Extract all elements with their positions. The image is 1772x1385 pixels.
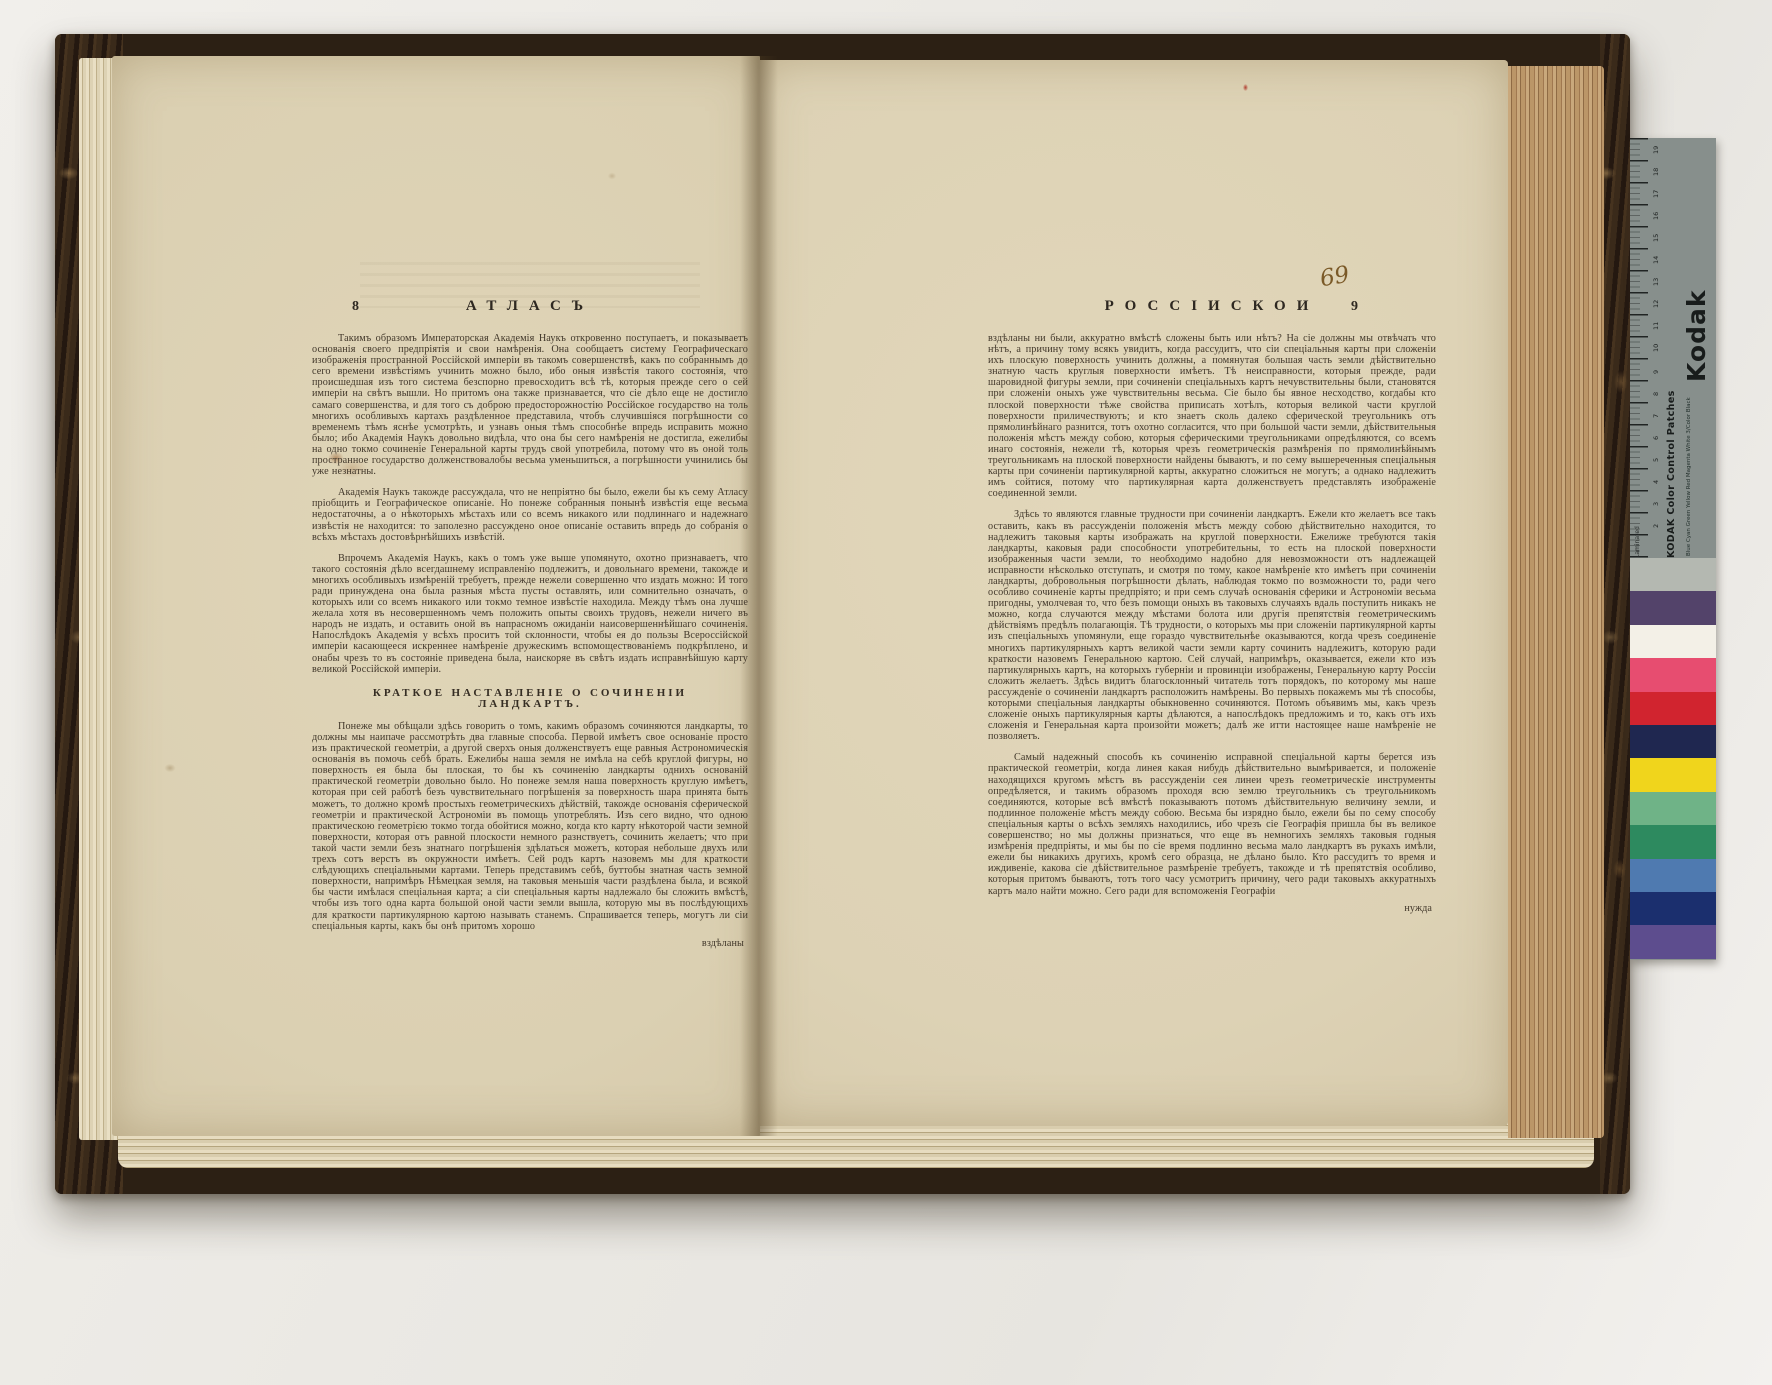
color-patch-purple bbox=[1630, 925, 1716, 958]
ruler-number: 12 bbox=[1652, 296, 1660, 308]
strip-title: KODAK Color Control Patches bbox=[1666, 258, 1677, 558]
paragraph: Здѣсь то являются главные трудности при … bbox=[988, 509, 1436, 742]
left-page-paragraphs-after: Понеже мы обѣщали здѣсь говорить о томъ,… bbox=[312, 721, 748, 932]
ruler-number: 7 bbox=[1652, 406, 1660, 418]
ruler-number: 11 bbox=[1652, 318, 1660, 330]
cover-right-edge bbox=[1600, 34, 1630, 1194]
scanned-book-photo: 8 АТЛАСЪ Такимъ образомъ Императорская А… bbox=[0, 0, 1772, 1385]
color-patch-magenta-pink bbox=[1630, 658, 1716, 691]
ruler-number: 13 bbox=[1652, 274, 1660, 286]
text-column-left: Такимъ образомъ Императорская Академія Н… bbox=[312, 333, 748, 949]
color-patch-red bbox=[1630, 692, 1716, 725]
kodak-color-control-strip: 1918171615141312111098765432 Kodak KODAK… bbox=[1630, 138, 1716, 960]
kodak-logo: Kodak bbox=[1682, 152, 1711, 382]
ruler-number: 10 bbox=[1652, 340, 1660, 352]
handwritten-folio-number: 69 bbox=[1318, 262, 1351, 293]
patch-color-labels: Blue Cyan Green Yellow Red Magenta White… bbox=[1686, 384, 1692, 556]
section-heading: КРАТКОЕ НАСТАВЛЕНІЕ О СОЧИНЕНІИ ЛАНДКАРТ… bbox=[318, 688, 742, 710]
ruler-number: 16 bbox=[1652, 208, 1660, 220]
text-column-right: вздѣланы ни были, аккуратно вмѣстѣ сложе… bbox=[988, 333, 1436, 914]
book-fore-edge bbox=[1508, 66, 1604, 1138]
ruler-number: 15 bbox=[1652, 230, 1660, 242]
color-patch-yellow bbox=[1630, 758, 1716, 791]
red-ink-speck bbox=[1243, 84, 1248, 91]
paragraph: вздѣланы ни были, аккуратно вмѣстѣ сложе… bbox=[988, 333, 1436, 499]
catchword-left: вздѣланы bbox=[312, 938, 748, 949]
page-number-left: 8 bbox=[352, 299, 359, 315]
color-patches bbox=[1630, 558, 1716, 959]
ruler-number: 8 bbox=[1652, 384, 1660, 396]
ruler-number: 17 bbox=[1652, 186, 1660, 198]
laminated-label: Laminated bbox=[1634, 468, 1641, 558]
left-page-paragraphs: Такимъ образомъ Императорская Академія Н… bbox=[312, 333, 748, 675]
paragraph: Понеже мы обѣщали здѣсь говорить о томъ,… bbox=[312, 721, 748, 932]
ruler-number: 14 bbox=[1652, 252, 1660, 264]
paragraph: Такимъ образомъ Императорская Академія Н… bbox=[312, 333, 748, 477]
catchword-right: нужда bbox=[988, 903, 1436, 914]
right-page-paragraphs: вздѣланы ни были, аккуратно вмѣстѣ сложе… bbox=[988, 333, 1436, 897]
running-title-left: АТЛАСЪ bbox=[466, 298, 594, 314]
paragraph: Самый надежный способъ къ сочиненію испр… bbox=[988, 752, 1436, 896]
running-head-left: 8 АТЛАСЪ bbox=[312, 298, 748, 320]
paragraph: Впрочемъ Академія Наукъ, какъ о томъ уже… bbox=[312, 553, 748, 675]
color-patch-green bbox=[1630, 825, 1716, 858]
ruler: 1918171615141312111098765432 Kodak KODAK… bbox=[1630, 138, 1716, 558]
color-patch-light-green bbox=[1630, 792, 1716, 825]
color-patch-white bbox=[1630, 625, 1716, 658]
color-patch-gray bbox=[1630, 558, 1716, 591]
ruler-number: 18 bbox=[1652, 164, 1660, 176]
color-patch-navy bbox=[1630, 892, 1716, 925]
running-head-right: РОССІИСКОИ 9 bbox=[988, 298, 1436, 320]
ruler-number: 19 bbox=[1652, 142, 1660, 154]
ruler-number: 2 bbox=[1652, 516, 1660, 528]
running-title-right: РОССІИСКОИ bbox=[1105, 298, 1320, 314]
color-patch-dark-violet bbox=[1630, 591, 1716, 624]
ruler-number: 3 bbox=[1652, 494, 1660, 506]
ruler-number: 4 bbox=[1652, 472, 1660, 484]
ruler-number: 5 bbox=[1652, 450, 1660, 462]
color-patch-blue bbox=[1630, 859, 1716, 892]
paragraph: Академія Наукъ такожде рассуждала, что н… bbox=[312, 487, 748, 542]
page-number-right: 9 bbox=[1351, 299, 1358, 315]
color-patch-dark-blue bbox=[1630, 725, 1716, 758]
ruler-number: 6 bbox=[1652, 428, 1660, 440]
ruler-number: 9 bbox=[1652, 362, 1660, 374]
